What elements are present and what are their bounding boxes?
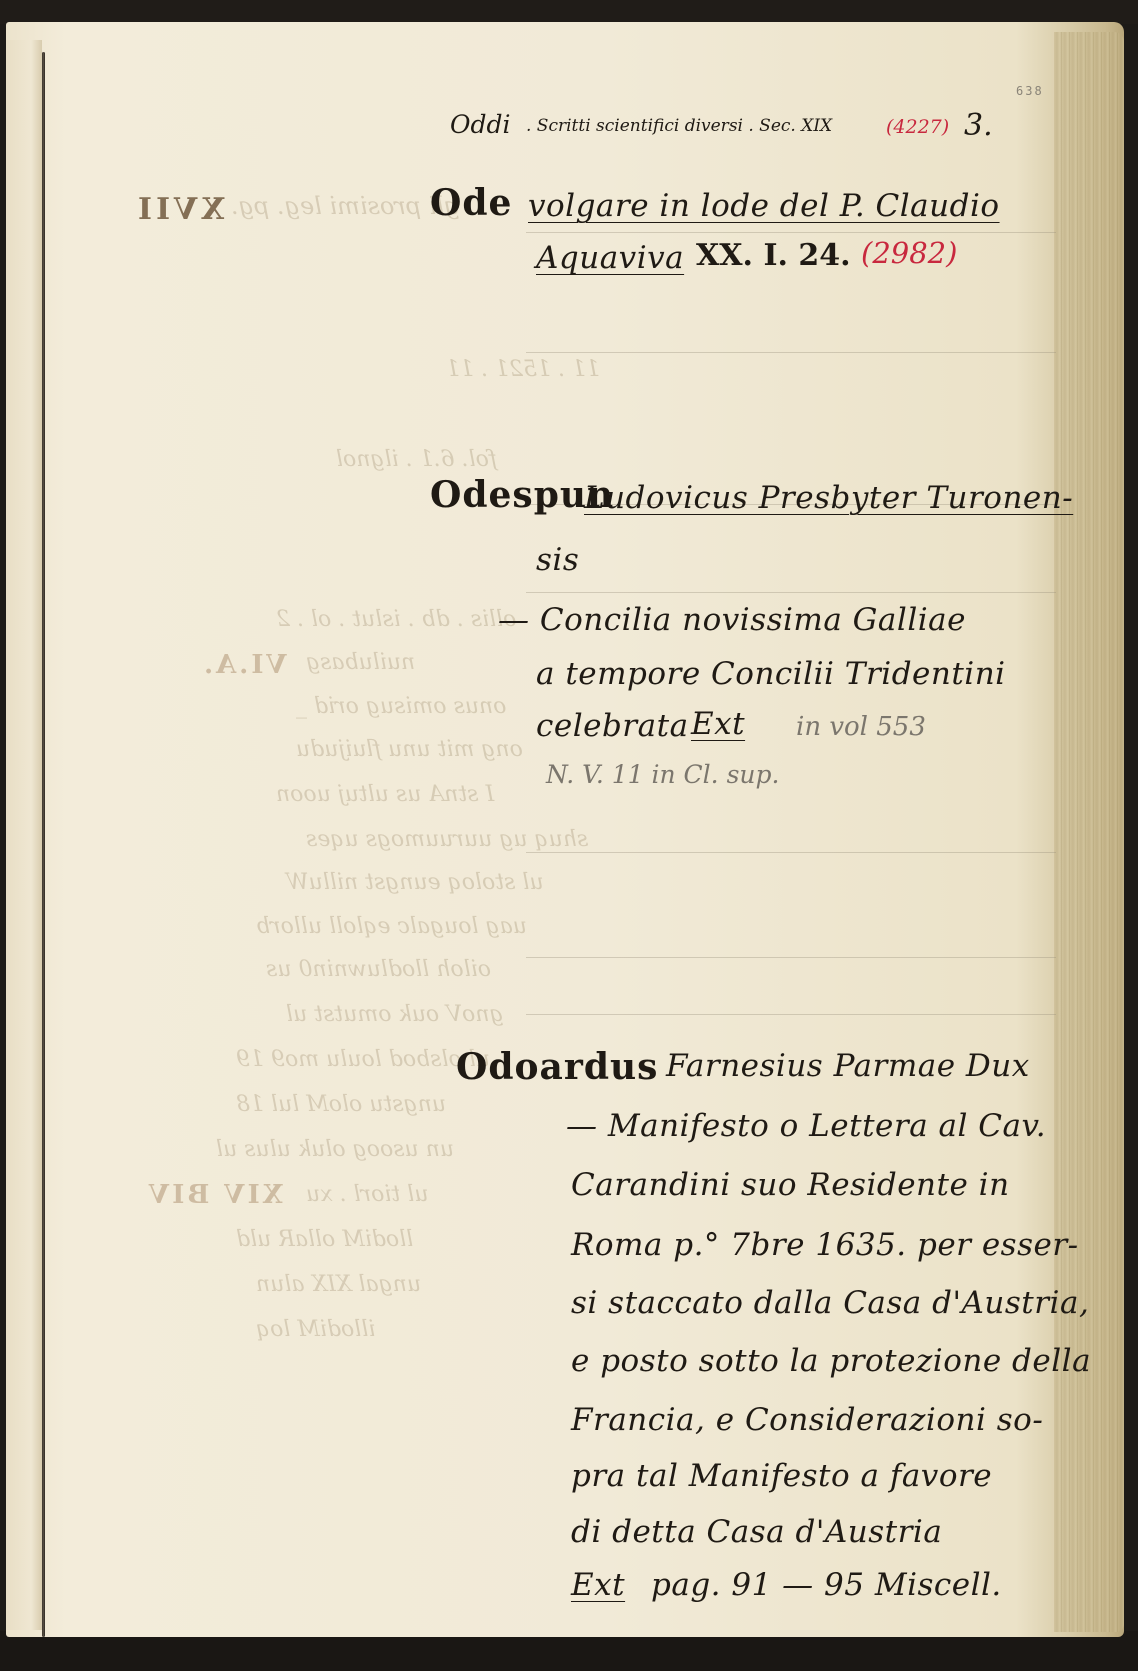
entry-line: Carandini suo Residente in	[571, 1167, 1010, 1203]
bleed-through-text: nuilubasg	[306, 650, 415, 675]
bleed-through-text: ong mit unu fluijudu	[296, 737, 523, 762]
flyleaf-edge	[6, 40, 42, 1630]
bleed-through-text: 11 . 1521 . 11	[446, 357, 600, 382]
folio-stamp: 638	[1016, 84, 1044, 98]
entry-line: a tempore Concilii Tridentini	[536, 656, 1006, 692]
bleed-through-text: ungstu oloM lul 18	[236, 1092, 446, 1117]
ruled-line	[526, 592, 1056, 593]
bleed-through-text: ungal XIX alun	[256, 1272, 421, 1297]
abbreviation-ext: Ext	[571, 1567, 625, 1603]
bleed-through-text: onus omisug orid _	[296, 694, 506, 719]
entry-line: pag. 91 — 95 Miscell.	[651, 1567, 1002, 1603]
entry-line: sis	[536, 542, 579, 578]
bleed-through-text: shuq ug uuruumogs uqes	[306, 827, 588, 852]
ruled-line	[526, 352, 1056, 353]
bleed-through-text: ollis . db . islut . ol . 2	[276, 607, 516, 632]
bleed-through-text: un usoog oluk ulus ul	[216, 1137, 454, 1162]
bleed-through-numeral: XIV BIV	[146, 1180, 283, 1210]
pencil-note: in vol 553	[796, 712, 926, 742]
shelfmark: XX. I. 24.	[696, 238, 851, 273]
ruled-line	[526, 1014, 1056, 1015]
bleed-through-text: fol. 6.1 . ilgnol	[336, 447, 497, 472]
entry-heading-ode: Ode	[430, 182, 512, 224]
entry-line: si staccato dalla Casa d'Austria,	[571, 1285, 1089, 1321]
entry-line: celebrata	[536, 708, 689, 744]
folio-mark: 3.	[964, 108, 993, 143]
abbreviation-ext: Ext	[691, 706, 745, 742]
red-reference: (2982)	[861, 236, 957, 270]
entry-line: Francia, e Considerazioni so-	[571, 1402, 1043, 1438]
bleed-through-text: ul stoloq eungst nilluW	[286, 870, 544, 895]
entry-line: Aquaviva	[536, 240, 684, 276]
entry-line: e posto sotto la protezione della	[571, 1343, 1091, 1379]
entry-line: pra tal Manifesto a favore	[571, 1458, 992, 1494]
header-entry: Oddi	[450, 110, 511, 139]
bleed-through-text: ul tiorl . xu	[306, 1182, 428, 1207]
entry-line: — Concilia novissima Galliae	[498, 602, 966, 638]
header-red-reference: (4227)	[886, 116, 949, 138]
bleed-through-numeral: VI.A.	[201, 650, 287, 680]
ruled-line	[526, 852, 1056, 853]
bleed-through-text: gli prosimi leg. pg.	[231, 192, 460, 220]
bleed-through-numeral: XVII	[134, 192, 225, 227]
entry-line: di detta Casa d'Austria	[571, 1514, 942, 1550]
entry-line: volgare in lode del P. Claudio	[528, 188, 1000, 224]
entry-line: Farnesius Parmae Dux	[666, 1048, 1030, 1084]
entry-line: Ludovicus Presbyter Turonen-	[584, 480, 1073, 516]
bleed-through-text: llodiM ollaR uld	[236, 1227, 413, 1252]
header-description: . Scritti scientifici diversi . Sec. XIX	[526, 116, 832, 136]
page-fore-edge	[1054, 32, 1124, 1632]
bleed-through-text: illodiM loq	[256, 1317, 375, 1342]
entry-heading-odoardus: Odoardus	[456, 1046, 658, 1088]
bleed-through-text: oiloh llodluwnin0 us	[266, 957, 491, 982]
pencil-note: N. V. 11 in Cl. sup.	[546, 760, 779, 789]
bleed-through-text: uag lougalc eqloll ullorb	[256, 914, 527, 939]
entry-line: — Manifesto o Lettera al Cav.	[566, 1108, 1046, 1144]
ruled-line	[526, 232, 1056, 233]
scanner-background-bottom	[0, 1631, 1138, 1671]
binding-gutter	[42, 52, 45, 1637]
entry-line: Roma p.° 7bre 1635. per esser-	[571, 1227, 1079, 1263]
bleed-through-text: I stnA us ultuj uoon	[276, 782, 494, 807]
bleed-through-text: gnoV ouk omutst ul	[286, 1002, 504, 1027]
scanner-background-top	[0, 0, 1138, 24]
manuscript-page: XVII gli prosimi leg. pg. 11 . 1521 . 11…	[6, 22, 1124, 1637]
ruled-line	[526, 957, 1056, 958]
bleed-through-text: ul olsbod loulu mo9 19	[236, 1047, 490, 1072]
